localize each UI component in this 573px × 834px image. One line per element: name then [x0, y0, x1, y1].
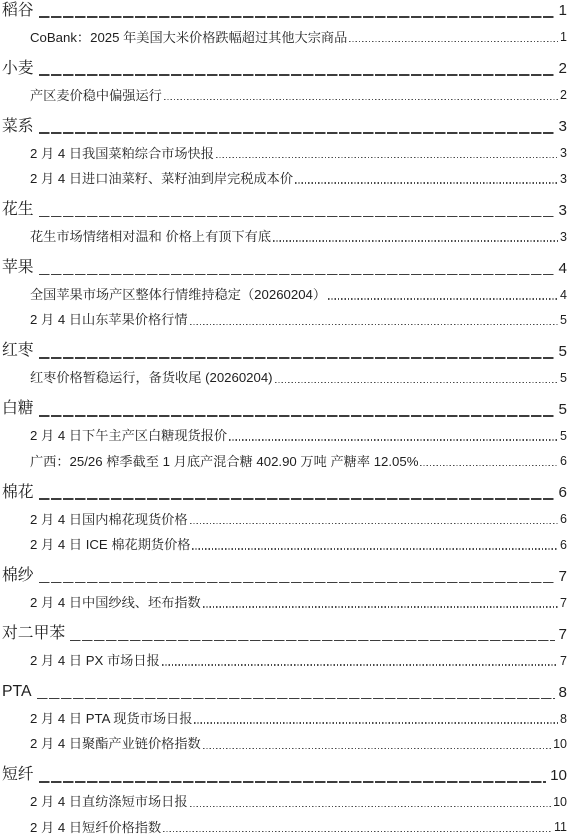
- toc-entry-row[interactable]: 2 月 4 日直纺涤短市场日报 10: [2, 783, 567, 808]
- toc-heading-row[interactable]: 棉纱 7: [2, 558, 567, 583]
- toc-entry-title: 2 月 4 日 PTA 现货市场日报: [30, 712, 192, 725]
- toc-heading-row[interactable]: 菜系 3: [2, 109, 567, 134]
- tab-leader-dots: [203, 748, 551, 750]
- toc-entry-row[interactable]: 红枣价格暂稳运行，备货收尾 (20260204) 5: [2, 359, 567, 384]
- tab-leader-underscore: [39, 216, 555, 218]
- toc-heading-title: 棉花: [2, 485, 34, 501]
- toc-entry-title: 2 月 4 日直纺涤短市场日报: [30, 795, 188, 808]
- toc-heading-title: 花生: [2, 202, 34, 218]
- toc-entry-title: 广西：25/26 榨季截至 1 月底产混合糖 402.90 万吨 产糖率 12.…: [30, 455, 418, 468]
- tab-leader-dots: [163, 831, 552, 833]
- toc-entry-title: 2 月 4 日下午主产区白糖现货报价: [30, 429, 227, 442]
- tab-leader-underscore: [37, 698, 555, 700]
- toc-heading-title: 苹果: [2, 260, 34, 276]
- toc-entry-row[interactable]: 2 月 4 日下午主产区白糖现货报价 5: [2, 417, 567, 442]
- toc-heading-title: 稻谷: [2, 3, 34, 19]
- tab-leader-underscore: [39, 415, 555, 417]
- toc-entry-page-number: 10: [553, 796, 567, 809]
- toc-entry-title: 2 月 4 日中国纱线、坯布指数: [30, 596, 201, 609]
- toc-entry-page-number: 2: [560, 89, 567, 102]
- toc-heading-row[interactable]: 花生 3: [2, 192, 567, 217]
- toc-heading-page-number: 10: [550, 768, 567, 783]
- toc-entry-title: 2 月 4 日 ICE 棉花期货价格: [30, 538, 190, 551]
- tab-leader-underscore: [39, 132, 555, 134]
- tab-leader-underscore: [39, 74, 555, 76]
- toc-entry-page-number: 11: [554, 821, 567, 834]
- toc-entry-row[interactable]: 2 月 4 日 PX 市场日报 7: [2, 642, 567, 667]
- toc-heading-row[interactable]: 短纤 10: [2, 758, 567, 783]
- toc-heading-row[interactable]: PTA 8: [2, 674, 567, 699]
- toc-heading-row[interactable]: 小麦 2: [2, 51, 567, 76]
- tab-leader-dots: [190, 324, 559, 326]
- tab-leader-dots: [328, 298, 558, 300]
- tab-leader-dots: [275, 382, 558, 384]
- toc-entry-row[interactable]: CoBank：2025 年美国大米价格跌幅超过其他大宗商品 1: [2, 19, 567, 44]
- toc-entry-row[interactable]: 2 月 4 日 ICE 棉花期货价格 6: [2, 526, 567, 551]
- toc-heading-page-number: 4: [559, 261, 567, 276]
- tab-leader-dots: [273, 240, 558, 242]
- toc-heading-page-number: 7: [559, 569, 567, 584]
- toc-entry-page-number: 3: [560, 173, 567, 186]
- toc-heading-title: 棉纱: [2, 568, 34, 584]
- toc-entry-page-number: 5: [560, 430, 567, 443]
- toc-entry-row[interactable]: 花生市场情绪相对温和 价格上有顶下有底 3: [2, 218, 567, 243]
- tab-leader-dots: [190, 523, 559, 525]
- toc-entry-title: 2 月 4 日短纤价格指数: [30, 821, 161, 834]
- toc-heading-page-number: 5: [559, 402, 567, 417]
- toc-heading-page-number: 6: [559, 485, 567, 500]
- toc-entry-page-number: 3: [560, 147, 567, 160]
- toc-heading-row[interactable]: 对二甲苯 7: [2, 616, 567, 641]
- tab-leader-underscore: [39, 16, 555, 18]
- tab-leader-dots: [162, 664, 558, 666]
- toc-heading-page-number: 7: [559, 627, 567, 642]
- toc-entry-title: CoBank：2025 年美国大米价格跌幅超过其他大宗商品: [30, 31, 347, 44]
- toc-entry-row[interactable]: 2 月 4 日我国菜粕综合市场快报 3: [2, 134, 567, 159]
- tab-leader-dots: [216, 157, 558, 159]
- toc-entry-row[interactable]: 2 月 4 日聚酯产业链价格指数 10: [2, 725, 567, 750]
- tab-leader-underscore: [70, 640, 554, 642]
- toc-entry-title: 2 月 4 日进口油菜籽、菜籽油到岸完税成本价: [30, 172, 293, 185]
- toc-heading-row[interactable]: 苹果 4: [2, 250, 567, 275]
- toc-entry-title: 2 月 4 日我国菜粕综合市场快报: [30, 147, 214, 160]
- toc-heading-row[interactable]: 棉花 6: [2, 475, 567, 500]
- toc-entry-title: 产区麦价稳中偏强运行: [30, 89, 162, 102]
- toc-entry-row[interactable]: 广西：25/26 榨季截至 1 月底产混合糖 402.90 万吨 产糖率 12.…: [2, 442, 567, 467]
- tab-leader-underscore: [39, 498, 555, 500]
- toc-entry-row[interactable]: 2 月 4 日中国纱线、坯布指数 7: [2, 584, 567, 609]
- toc-heading-row[interactable]: 白糖 5: [2, 392, 567, 417]
- tab-leader-dots: [194, 722, 558, 724]
- toc-entry-title: 2 月 4 日国内棉花现货价格: [30, 513, 188, 526]
- toc-heading-row[interactable]: 红枣 5: [2, 334, 567, 359]
- toc-heading-title: 白糖: [2, 401, 34, 417]
- toc-heading-page-number: 8: [559, 685, 567, 700]
- toc-heading-title: 红枣: [2, 343, 34, 359]
- tab-leader-dots: [164, 99, 558, 101]
- toc-entry-title: 2 月 4 日 PX 市场日报: [30, 654, 160, 667]
- tab-leader-dots: [349, 41, 558, 43]
- toc-entry-page-number: 6: [560, 513, 567, 526]
- toc-heading-title: 对二甲苯: [2, 626, 65, 642]
- toc-heading-page-number: 5: [559, 344, 567, 359]
- toc-entry-page-number: 7: [560, 655, 567, 668]
- toc-heading-page-number: 3: [559, 119, 567, 134]
- toc-entry-row[interactable]: 全国苹果市场产区整体行情维持稳定（20260204） 4: [2, 276, 567, 301]
- toc-entry-row[interactable]: 2 月 4 日短纤价格指数 11: [2, 809, 567, 834]
- toc-entry-title: 花生市场情绪相对温和 价格上有顶下有底: [30, 230, 271, 243]
- toc-entry-title: 红枣价格暂稳运行，备货收尾 (20260204): [30, 371, 273, 384]
- tab-leader-dots: [192, 548, 558, 550]
- toc-entry-row[interactable]: 2 月 4 日山东苹果价格行情 5: [2, 301, 567, 326]
- toc-entry-page-number: 6: [560, 539, 567, 552]
- toc-heading-title: 小麦: [2, 61, 34, 77]
- tab-leader-underscore: [39, 582, 555, 584]
- toc-entry-page-number: 3: [560, 231, 567, 244]
- toc-entry-title: 2 月 4 日山东苹果价格行情: [30, 313, 188, 326]
- toc-entry-page-number: 1: [560, 31, 567, 44]
- toc-entry-row[interactable]: 2 月 4 日国内棉花现货价格 6: [2, 500, 567, 525]
- tab-leader-dots: [203, 606, 558, 608]
- toc-entry-page-number: 4: [560, 289, 567, 302]
- toc-entry-title: 2 月 4 日聚酯产业链价格指数: [30, 737, 201, 750]
- toc-entry-title: 全国苹果市场产区整体行情维持稳定（20260204）: [30, 288, 326, 301]
- toc-entry-page-number: 8: [560, 713, 567, 726]
- toc-entry-page-number: 5: [560, 372, 567, 385]
- toc-heading-page-number: 1: [559, 3, 567, 18]
- tab-leader-dots: [295, 182, 558, 184]
- toc-entry-page-number: 5: [560, 314, 567, 327]
- tab-leader-underscore: [39, 781, 546, 783]
- tab-leader-underscore: [39, 274, 555, 276]
- toc-entry-row[interactable]: 产区麦价稳中偏强运行 2: [2, 76, 567, 101]
- toc-entry-row[interactable]: 2 月 4 日进口油菜籽、菜籽油到岸完税成本价 3: [2, 160, 567, 185]
- tab-leader-dots: [229, 439, 558, 441]
- toc-entry-row[interactable]: 2 月 4 日 PTA 现货市场日报 8: [2, 700, 567, 725]
- tab-leader-dots: [420, 465, 558, 467]
- toc-heading-title: 短纤: [2, 767, 34, 783]
- toc-entry-page-number: 7: [560, 597, 567, 610]
- toc-heading-title: 菜系: [2, 119, 34, 135]
- table-of-contents: 稻谷 1 CoBank：2025 年美国大米价格跌幅超过其他大宗商品 1 小麦 …: [0, 0, 573, 834]
- toc-heading-page-number: 2: [559, 61, 567, 76]
- tab-leader-dots: [190, 806, 552, 808]
- toc-entry-page-number: 6: [560, 455, 567, 468]
- toc-heading-title: PTA: [2, 684, 32, 700]
- toc-heading-page-number: 3: [559, 203, 567, 218]
- tab-leader-underscore: [39, 357, 555, 359]
- toc-entry-page-number: 10: [553, 738, 567, 751]
- toc-heading-row[interactable]: 稻谷 1: [2, 0, 567, 19]
